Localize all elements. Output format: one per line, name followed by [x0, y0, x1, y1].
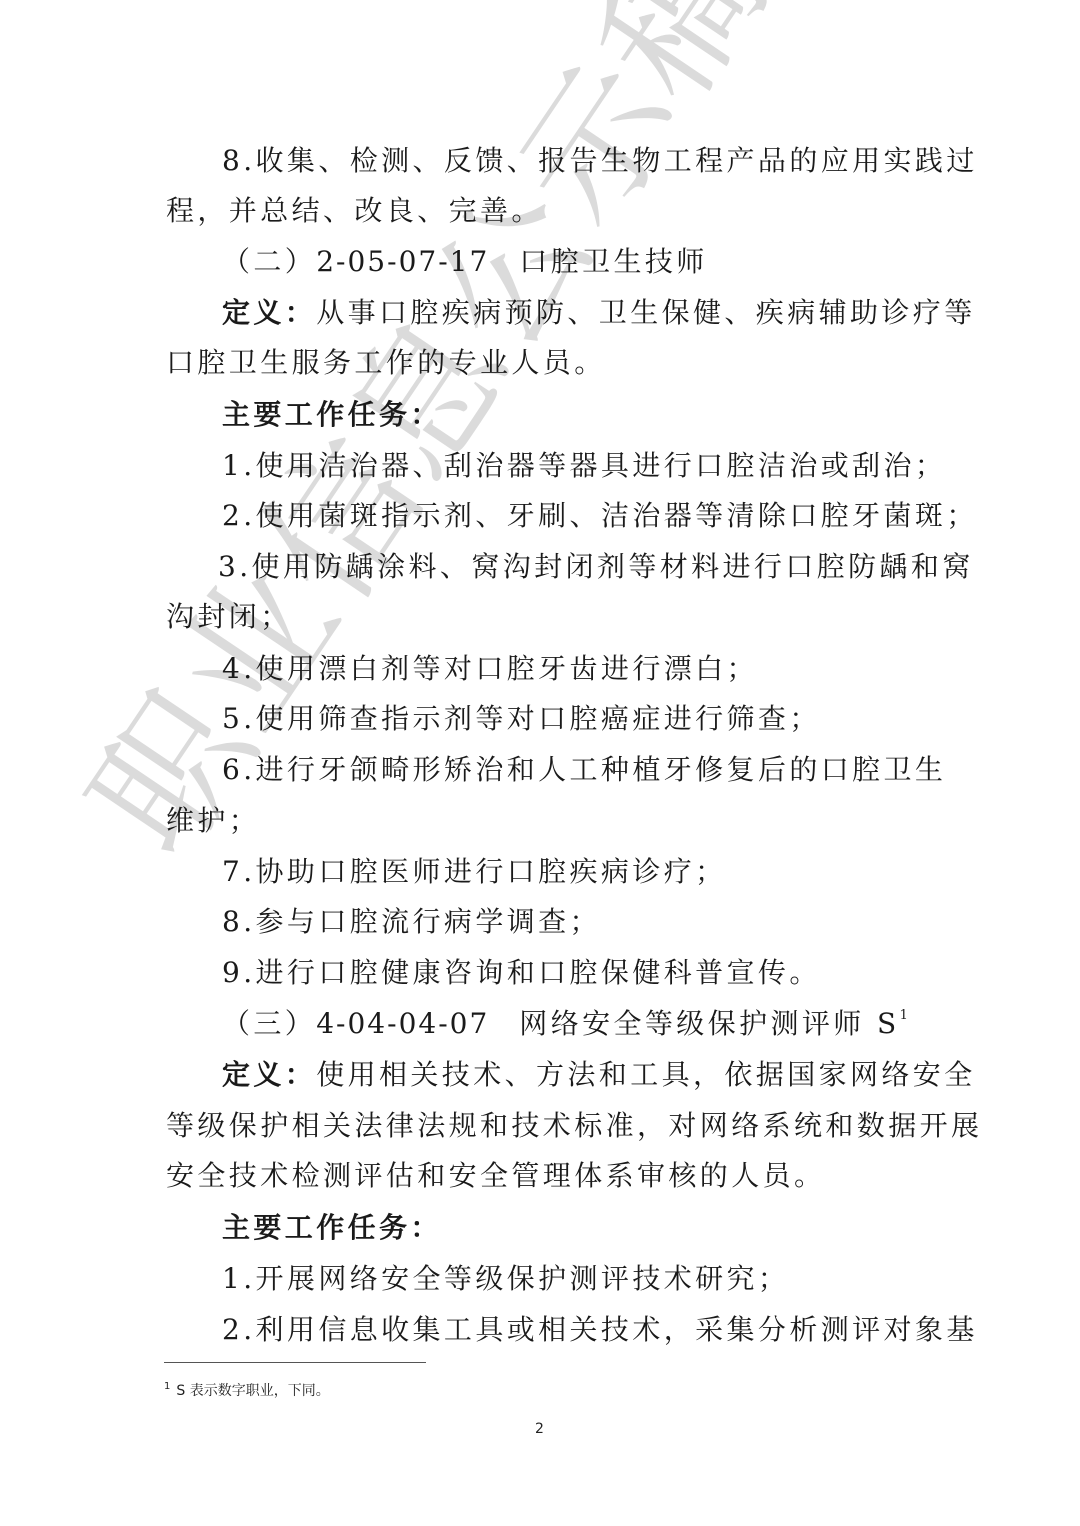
- task-item: 2.利用信息收集工具或相关技术，采集分析测评对象基: [222, 1316, 978, 1344]
- section-heading-3: （三）4-04-04-07网络安全等级保护测评师 S1: [222, 1010, 908, 1038]
- definition-line: 等级保护相关法律法规和技术标准，对网络系统和数据开展: [166, 1112, 982, 1140]
- task-item: 9.进行口腔健康咨询和口腔保健科普宣传。: [222, 959, 821, 987]
- definition-line: 口腔卫生服务工作的专业人员。: [166, 349, 606, 377]
- section-heading-2: （二）2-05-07-17口腔卫生技师: [222, 248, 708, 276]
- definition-label: 定义：: [222, 1058, 316, 1091]
- task-item: 4.使用漂白剂等对口腔牙齿进行漂白；: [222, 655, 758, 683]
- task-item: 6.进行牙颌畸形矫治和人工种植牙修复后的口腔卫生: [222, 756, 946, 784]
- occupation-title: 口腔卫生技师: [519, 245, 707, 278]
- paragraph-line: 程，并总结、改良、完善。: [166, 197, 543, 225]
- footnote-text: S 表示数字职业，下同。: [176, 1383, 329, 1399]
- task-item: 3.使用防龋涂料、窝沟封闭剂等材料进行口腔防龋和窝: [218, 553, 974, 581]
- footnote-reference[interactable]: 1: [900, 1008, 908, 1023]
- task-item: 1.开展网络安全等级保护测评技术研究；: [222, 1265, 789, 1293]
- footnote: 1S 表示数字职业，下同。: [164, 1380, 330, 1400]
- task-item: 1.使用洁治器、刮治器等器具进行口腔洁治或刮治；: [222, 452, 946, 480]
- definition-text: 从事口腔疾病预防、卫生保健、疾病辅助诊疗等: [316, 296, 975, 329]
- task-item: 7.协助口腔医师进行口腔疾病诊疗；: [222, 858, 727, 886]
- task-item: 8.参与口腔流行病学调查；: [222, 908, 601, 936]
- task-item: 2.使用菌斑指示剂、牙刷、洁治器等清除口腔牙菌斑；: [222, 502, 978, 530]
- footnote-divider: [164, 1362, 426, 1363]
- heading-prefix: （三）: [222, 1007, 316, 1040]
- definition-label: 定义：: [222, 296, 316, 329]
- definition-text: 使用相关技术、方法和工具，依据国家网络安全: [316, 1058, 975, 1091]
- task-item-continued: 维护；: [166, 807, 260, 835]
- paragraph-line: 8.收集、检测、反馈、报告生物工程产品的应用实践过: [222, 147, 978, 175]
- tasks-label: 主要工作任务：: [222, 1214, 442, 1242]
- definition-line: 安全技术检测评估和安全管理体系审核的人员。: [166, 1162, 825, 1190]
- tasks-label: 主要工作任务：: [222, 401, 442, 429]
- heading-prefix: （二）: [222, 245, 316, 278]
- definition-line: 定义：从事口腔疾病预防、卫生保健、疾病辅助诊疗等: [222, 299, 976, 327]
- occupation-code: 2-05-07-17: [316, 245, 489, 278]
- task-item: 5.使用筛查指示剂等对口腔癌症进行筛查；: [222, 705, 821, 733]
- occupation-code: 4-04-04-07: [316, 1007, 489, 1040]
- footnote-mark: 1: [164, 1381, 170, 1392]
- page-number: 2: [535, 1421, 544, 1437]
- definition-line: 定义：使用相关技术、方法和工具，依据国家网络安全: [222, 1061, 976, 1089]
- occupation-title: 网络安全等级保护测评师 S: [519, 1007, 899, 1040]
- document-page: 职业信息公示稿 8.收集、检测、反馈、报告生物工程产品的应用实践过 程，并总结、…: [0, 0, 1080, 1526]
- task-item-continued: 沟封闭；: [166, 603, 292, 631]
